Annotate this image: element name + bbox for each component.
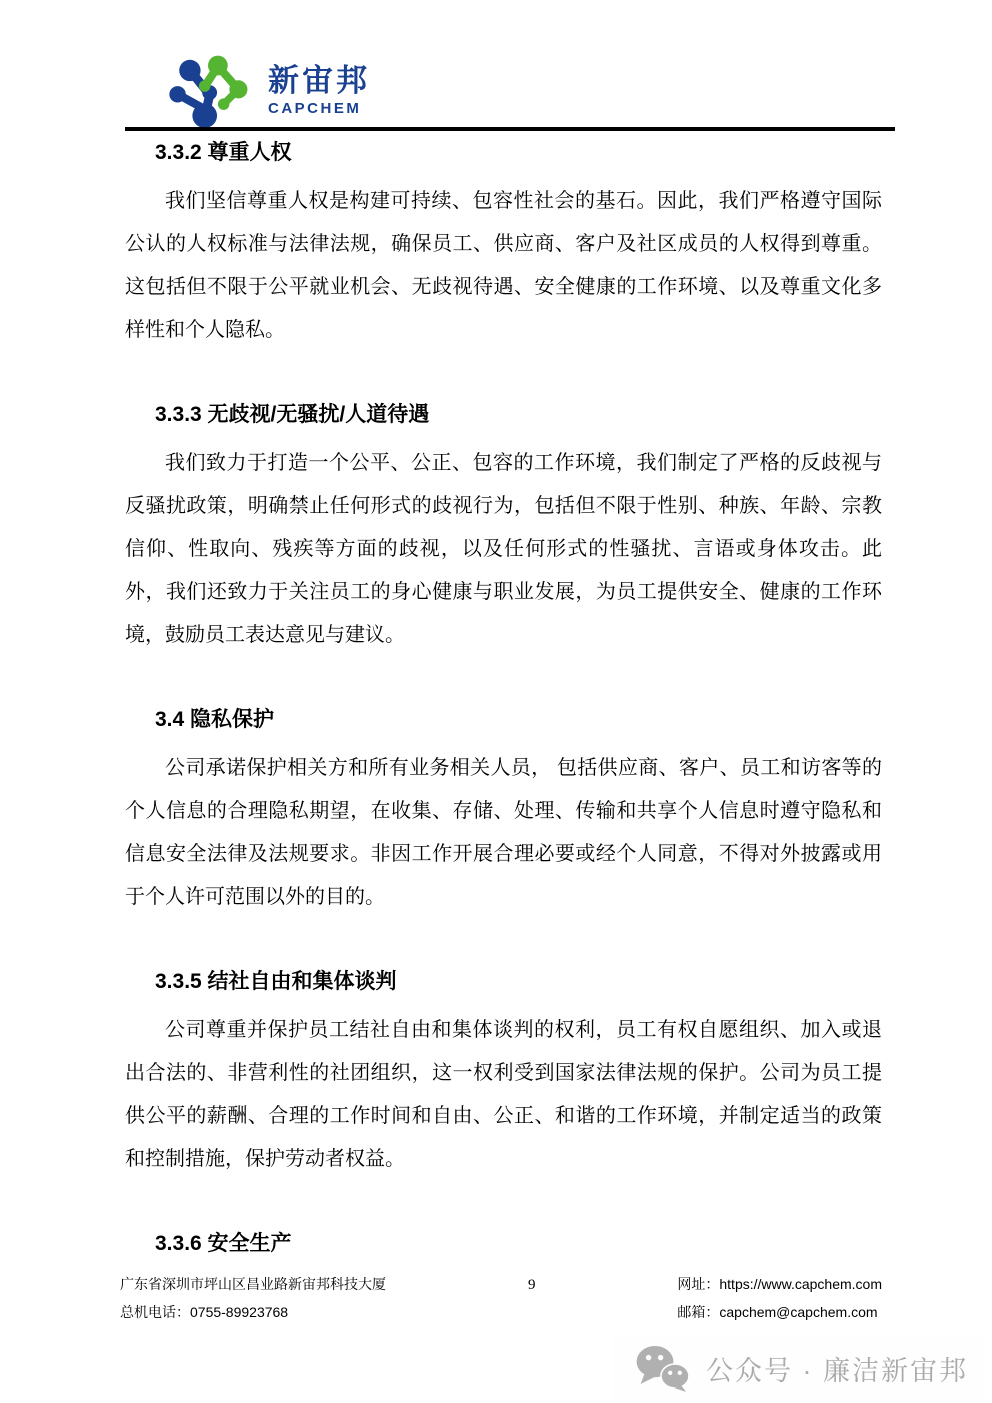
section-paragraph: 公司承诺保护相关方和所有业务相关人员， 包括供应商、客户、员工和访客等的个人信息… (125, 747, 882, 919)
logo-wordmark: 新宙邦 CAPCHEM (268, 65, 370, 117)
section-heading: 3.3.5 结社自由和集体谈判 (125, 968, 882, 996)
wechat-icon (634, 1344, 692, 1392)
page-footer: 广东省深圳市坪山区昌业路新宙邦科技大厦 总机电话：0755-89923768 9… (120, 1270, 882, 1326)
brand-name-english: CAPCHEM (268, 100, 370, 117)
section-paragraph: 我们坚信尊重人权是构建可持续、包容性社会的基石。因此，我们严格遵守国际公认的人权… (125, 180, 882, 352)
section-heading: 3.4 隐私保护 (125, 706, 882, 734)
company-email: 邮箱：capchem@capchem.com (677, 1298, 882, 1326)
capchem-logo: 新宙邦 CAPCHEM (160, 54, 370, 128)
badge-label: 公众号 · 廉洁新宙邦 (706, 1349, 968, 1388)
company-address: 广东省深圳市坪山区昌业路新宙邦科技大厦 (120, 1270, 386, 1298)
molecule-logo-icon (160, 54, 256, 128)
wechat-public-account-badge: 公众号 · 廉洁新宙邦 (614, 1336, 984, 1400)
page-number: 9 (528, 1270, 536, 1326)
section-heading: 3.3.6 安全生产 (125, 1230, 882, 1258)
footer-contact-right: 网址：https://www.capchem.com 邮箱：capchem@ca… (677, 1270, 882, 1326)
footer-contact-left: 广东省深圳市坪山区昌业路新宙邦科技大厦 总机电话：0755-89923768 (120, 1270, 386, 1326)
section-no-discrimination: 3.3.3 无歧视/无骚扰/人道待遇 我们致力于打造一个公平、公正、包容的工作环… (125, 401, 882, 657)
section-heading: 3.3.3 无歧视/无骚扰/人道待遇 (125, 401, 882, 429)
section-heading: 3.3.2 尊重人权 (125, 139, 882, 167)
company-website: 网址：https://www.capchem.com (677, 1270, 882, 1298)
section-paragraph: 我们致力于打造一个公平、公正、包容的工作环境，我们制定了严格的反歧视与反骚扰政策… (125, 442, 882, 657)
section-respect-human-rights: 3.3.2 尊重人权 我们坚信尊重人权是构建可持续、包容性社会的基石。因此，我们… (125, 139, 882, 352)
section-paragraph: 公司尊重并保护员工结社自由和集体谈判的权利，员工有权自愿组织、加入或退出合法的、… (125, 1009, 882, 1181)
section-privacy-protection: 3.4 隐私保护 公司承诺保护相关方和所有业务相关人员， 包括供应商、客户、员工… (125, 706, 882, 919)
document-page: 新宙邦 CAPCHEM 3.3.2 尊重人权 我们坚信尊重人权是构建可持续、包容… (0, 0, 992, 1403)
document-body: 3.3.2 尊重人权 我们坚信尊重人权是构建可持续、包容性社会的基石。因此，我们… (125, 131, 882, 1258)
section-freedom-of-association: 3.3.5 结社自由和集体谈判 公司尊重并保护员工结社自由和集体谈判的权利，员工… (125, 968, 882, 1181)
brand-name-chinese: 新宙邦 (268, 65, 370, 98)
company-phone: 总机电话：0755-89923768 (120, 1298, 386, 1326)
section-safe-production: 3.3.6 安全生产 (125, 1230, 882, 1258)
